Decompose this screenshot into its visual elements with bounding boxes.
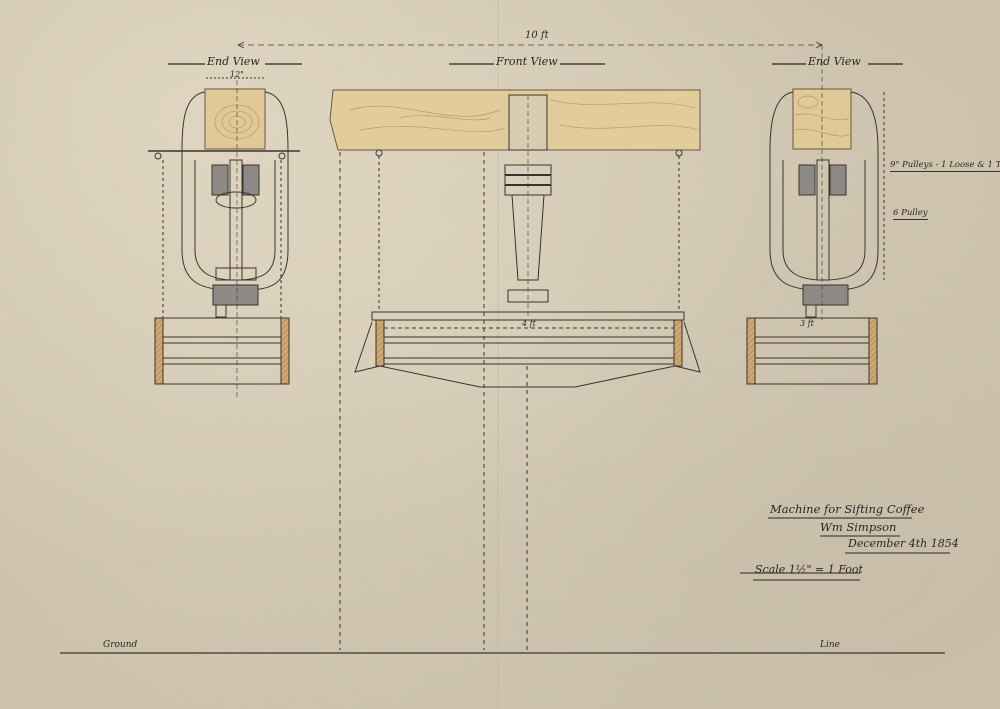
small-pulley-annotation: 6 Pulley [893, 208, 928, 220]
right-end-view [747, 45, 884, 384]
pulleys-annotation: 9" Pulleys - 1 Loose & 1 Tight [890, 160, 1000, 172]
end-view-width-dimension: 12" [230, 70, 244, 79]
drawing-sheet: 10 ft End View Front View End View 12" 4… [0, 0, 1000, 709]
view-label-right-end: End View [808, 55, 861, 68]
drawing-author: Wm Simpson [820, 520, 896, 534]
line-label: Line [820, 640, 840, 650]
overall-dimension [238, 42, 822, 48]
front-view [330, 90, 700, 650]
drawing-scale: Scale 1½" = 1 Foot [755, 563, 863, 576]
overall-dimension-label: 10 ft [525, 30, 549, 41]
front-mid-dimension: 4 ft [522, 319, 536, 328]
view-label-front: Front View [496, 55, 558, 68]
drawing-date: December 4th 1854 [848, 537, 959, 550]
technical-drawing [0, 0, 1000, 709]
view-label-left-end: End View [207, 55, 260, 68]
left-end-view [148, 78, 300, 400]
ground-label: Ground [103, 640, 137, 650]
drawing-title: Machine for Sifting Coffee [770, 502, 924, 516]
end-right-dimension: 3 ft [800, 319, 814, 328]
